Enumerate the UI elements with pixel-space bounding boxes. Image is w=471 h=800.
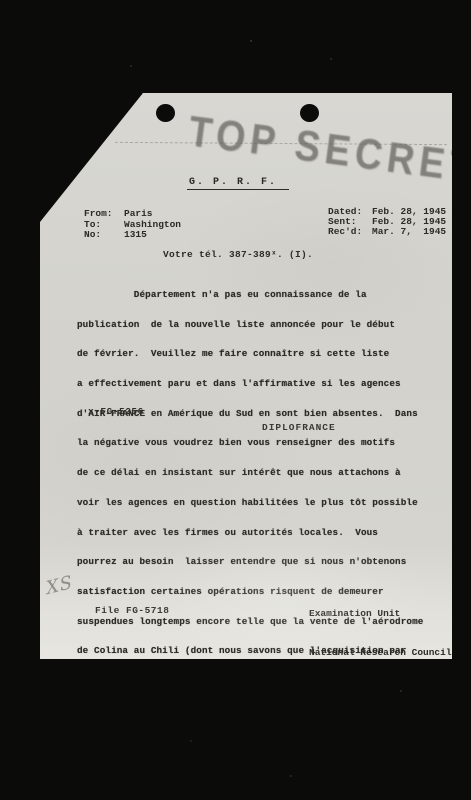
exam-date-line: March 13, 1945 — [309, 685, 452, 698]
recd-value: Mar. 7, 1945 — [372, 226, 446, 237]
reference-number: x-FG-5256 — [88, 406, 144, 417]
body-line: voir les agences en question habilitées … — [77, 498, 449, 508]
examination-unit-block: Examination Unit National Research Counc… — [309, 581, 452, 724]
body-line: à traiter avec les firmes ou autorités l… — [77, 528, 449, 538]
meta-no-row: No:1315 — [84, 230, 181, 241]
body-line: publication de la nouvelle liste annoncé… — [77, 320, 449, 330]
body-line: la négative vous voudrez bien vous rense… — [77, 438, 449, 448]
body-line: pourrez au besoin laisser entendre que s… — [77, 557, 449, 567]
punch-hole-left — [156, 104, 175, 122]
to-value: Washington — [124, 219, 181, 230]
body-line: le Gouvernement chilien intéresse les au… — [77, 676, 449, 686]
from-value: Paris — [124, 208, 153, 219]
meta-recd-row: Rec'd:Mar. 7, 1945 — [328, 227, 446, 237]
file-number: File FG-5718 — [95, 605, 169, 616]
meta-origin-block: From:Paris To:Washington No:1315 — [84, 209, 181, 241]
document-heading: G. P. R. F. — [187, 177, 289, 190]
recd-label: Rec'd: — [328, 227, 372, 237]
scanned-document-page: { "stamp": { "text": "TOP SECRET" }, "he… — [0, 0, 471, 800]
no-label: No: — [84, 230, 124, 241]
handwritten-annotation: XS — [45, 572, 74, 599]
body-line: de février. Veuillez me faire connaître … — [77, 349, 449, 359]
body-line: a effectivement paru et dans l'affirmati… — [77, 379, 449, 389]
from-label: From: — [84, 209, 124, 220]
punch-hole-right — [300, 104, 319, 122]
exam-unit-line: Examination Unit — [309, 607, 452, 620]
exam-org-line: National Research Council — [309, 646, 452, 659]
subject-reference-line: Votre tél. 387-389ˣ. (I). — [163, 249, 313, 260]
body-line: Département n'a pas eu connaissance de l… — [77, 290, 449, 300]
no-value: 1315 — [124, 229, 147, 240]
meta-dates-block: Dated:Feb. 28, 1945 Sent:Feb. 28, 1945 R… — [328, 207, 446, 238]
routing-indicator: DIPLOFRANCE — [262, 422, 336, 433]
body-line: de ce délai en insistant sur intérêt que… — [77, 468, 449, 478]
telegram-page: TOP SECRET G. P. R. F. From:Paris To:Was… — [40, 93, 452, 659]
